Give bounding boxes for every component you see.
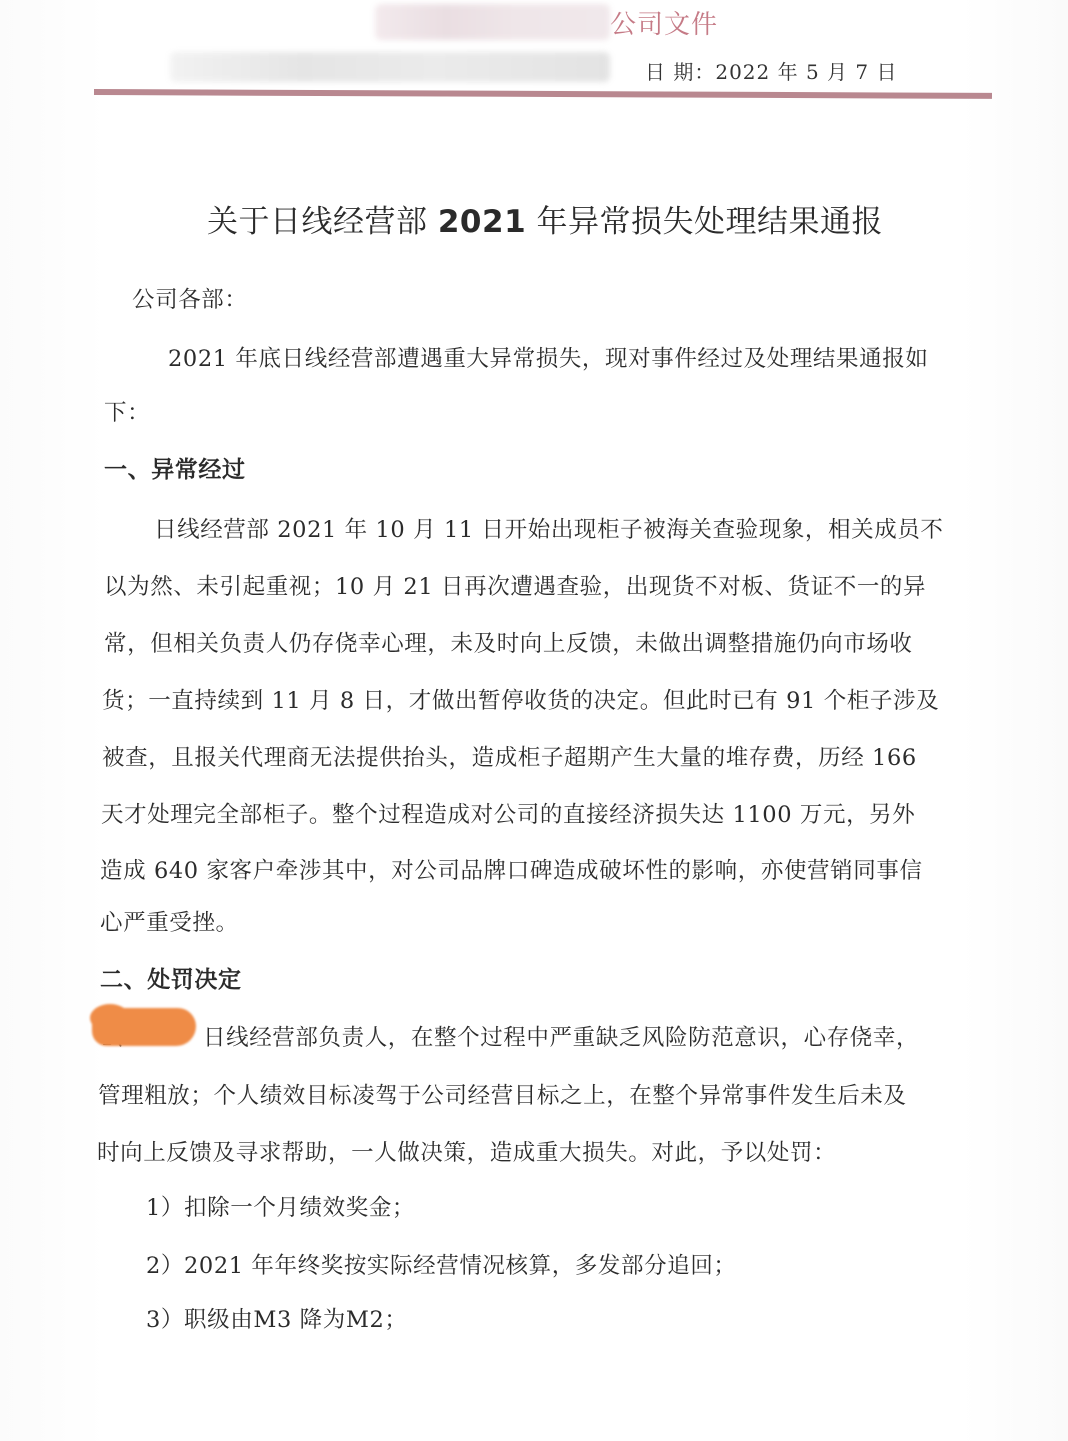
- section-heading-incident: 一、异常经过: [104, 451, 246, 484]
- paragraph-line: 日线经营部 2021 年 10 月 11 日开始出现柜子被海关查验现象，相关成员…: [154, 512, 944, 544]
- title-prefix: 关于日线经营部: [207, 204, 428, 240]
- salutation: 公司各部：: [132, 282, 248, 314]
- paragraph-line: 被查，且报关代理商无法提供抬头，造成柜子超期产生大量的堆存费，历经 166: [102, 740, 917, 772]
- title-suffix: 年异常损失处理结果通报: [537, 204, 884, 240]
- date-label: 日 期：: [645, 60, 715, 84]
- paragraph-line: 货；一直持续到 11 月 8 日，才做出暂停收货的决定。但此时已有 91 个柜子…: [102, 683, 939, 715]
- redacted-person-name: [92, 1008, 196, 1046]
- paragraph-line: 管理粗放；个人绩效目标凌驾于公司经营目标之上，在整个异常事件发生后未及: [98, 1078, 907, 1110]
- paragraph-line: 天才处理完全部柜子。整个过程造成对公司的直接经济损失达 1100 万元，另外: [101, 797, 915, 829]
- org-title: 公司文件: [610, 4, 718, 41]
- paragraph-line: 心严重受挫。: [100, 905, 239, 937]
- intro-line: 2021 年底日线经营部遭遇重大异常损失，现对事件经过及处理结果通报如: [168, 341, 928, 373]
- header-divider: [94, 89, 992, 99]
- paragraph-line: 造成 640 家客户牵涉其中，对公司品牌口碑造成破坏性的影响，亦使营销同事信: [100, 853, 923, 885]
- intro-line: 下：: [104, 395, 150, 427]
- document-title: 关于日线经营部 2021 年异常损失处理结果通报: [0, 196, 1068, 241]
- paragraph-line: 时向上反馈及寻求帮助，一人做决策，造成重大损失。对此，予以处罚：: [97, 1135, 836, 1167]
- penalty-item: 1）扣除一个月绩效奖金；: [146, 1190, 415, 1222]
- date-value: 2022 年 5 月 7 日: [715, 60, 897, 84]
- title-year: 2021: [438, 204, 526, 240]
- doc-date: 日 期：2022 年 5 月 7 日: [645, 56, 898, 85]
- penalty-item: 3）职级由M3 降为M2；: [146, 1302, 407, 1334]
- paragraph-line: 日线经营部负责人，在整个过程中严重缺乏风险防范意识，心存侥幸，: [203, 1020, 919, 1052]
- document-page: 公司文件 日 期：2022 年 5 月 7 日 关于日线经营部 2021 年异常…: [0, 0, 1068, 1441]
- redacted-org-name: [375, 4, 610, 40]
- paragraph-line: 常，但相关负责人仍存侥幸心理，未及时向上反馈，未做出调整措施仍向市场收: [104, 626, 913, 658]
- paragraph-line: 以为然、未引起重视；10 月 21 日再次遭遇查验，出现货不对板、货证不一的异: [104, 569, 926, 601]
- section-heading-penalty: 二、处罚决定: [100, 961, 242, 994]
- redacted-doc-number: [170, 52, 610, 82]
- penalty-item: 2）2021 年年终奖按实际经营情况核算，多发部分追回；: [146, 1248, 737, 1280]
